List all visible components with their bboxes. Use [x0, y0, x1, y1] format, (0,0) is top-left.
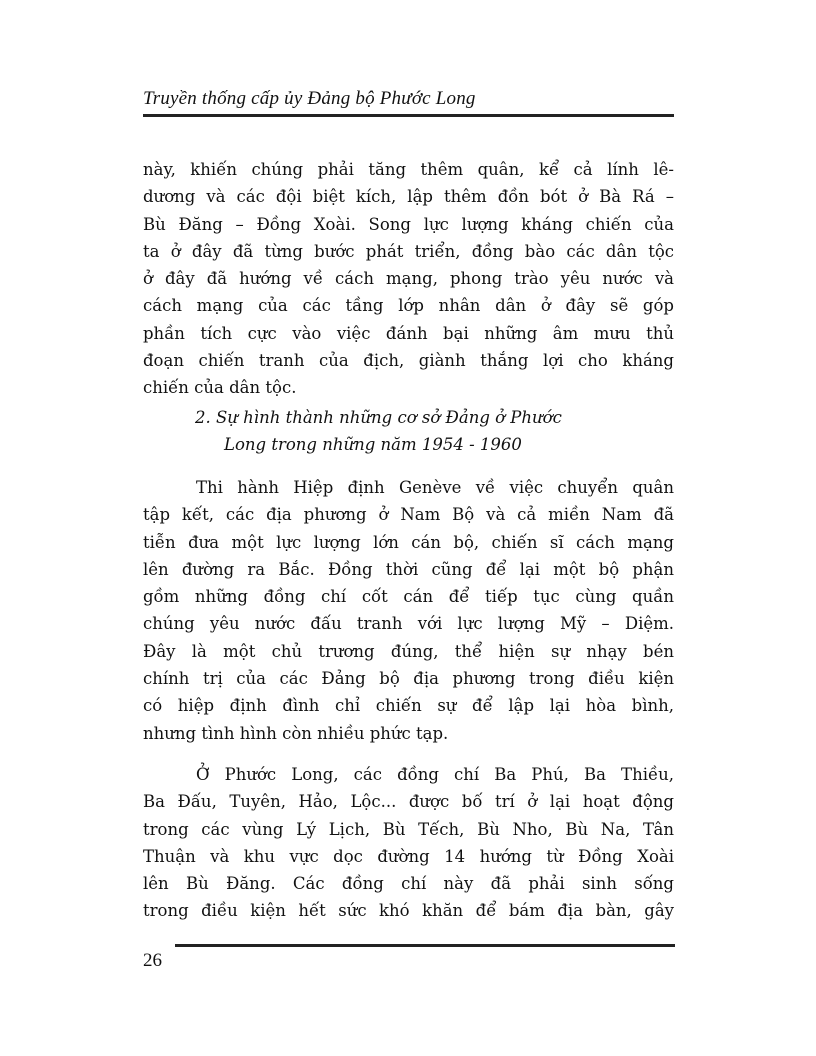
- text-line: này, khiến chúng phải tăng thêm quân, kể…: [143, 156, 674, 183]
- text-line: cách mạng của các tầng lớp nhân dân ở đâ…: [143, 292, 674, 319]
- text-line: Ba Đấu, Tuyên, Hảo, Lộc... được bố trí ở…: [143, 788, 674, 815]
- text-line: gồm những đồng chí cốt cán để tiếp tục c…: [143, 583, 674, 610]
- text-line: Thi hành Hiệp định Genève về việc chuyển…: [143, 474, 674, 501]
- text-line: tập kết, các địa phương ở Nam Bộ và cả m…: [143, 501, 674, 528]
- text-line: ta ở đây đã từng bước phát triển, đồng b…: [143, 238, 674, 265]
- text-line: ở đây đã hướng về cách mạng, phong trào …: [143, 265, 674, 292]
- running-header: Truyền thống cấp ủy Đảng bộ Phước Long: [143, 88, 674, 117]
- text-line: Bù Đăng – Đồng Xoài. Song lực lượng khán…: [143, 211, 674, 238]
- text-line: chiến của dân tộc.: [143, 374, 674, 401]
- text-line: lên Bù Đăng. Các đồng chí này đã phải si…: [143, 870, 674, 897]
- continuation-text: này, khiến chúng phải tăng thêm quân, kể…: [143, 156, 674, 402]
- running-title: Truyền thống cấp ủy Đảng bộ Phước Long: [143, 88, 674, 110]
- text-line: trong điều kiện hết sức khó khăn để bám …: [143, 897, 674, 924]
- section-heading-line-2: Long trong những năm 1954 - 1960: [195, 431, 675, 458]
- text-line: Đây là một chủ trương đúng, thể hiện sự …: [143, 638, 674, 665]
- text-line: dương và các đội biệt kích, lập thêm đồn…: [143, 183, 674, 210]
- text-line: trong các vùng Lý Lịch, Bù Tếch, Bù Nho,…: [143, 816, 674, 843]
- text-line: chính trị của các Đảng bộ địa phương tro…: [143, 665, 674, 692]
- text-line: lên đường ra Bắc. Đồng thời cũng để lại …: [143, 556, 674, 583]
- text-line: Thuận và khu vực dọc đường 14 hướng từ Đ…: [143, 843, 674, 870]
- footer-rule: [175, 944, 675, 947]
- paragraph: Ở Phước Long, các đồng chí Ba Phú, Ba Th…: [143, 761, 674, 925]
- text-line: đoạn chiến tranh của địch, giành thắng l…: [143, 347, 674, 374]
- section-heading-line-1: 2. Sự hình thành những cơ sở Đảng ở Phướ…: [195, 404, 675, 431]
- text-line: chúng yêu nước đấu tranh với lực lượng M…: [143, 610, 674, 637]
- paragraph: Thi hành Hiệp định Genève về việc chuyển…: [143, 474, 674, 747]
- text-line: có hiệp định đình chỉ chiến sự để lập lạ…: [143, 692, 674, 719]
- text-line: tiễn đưa một lực lượng lớn cán bộ, chiến…: [143, 529, 674, 556]
- page-number: 26: [143, 950, 162, 972]
- text-line: phần tích cực vào việc đánh bại những âm…: [143, 320, 674, 347]
- text-line: nhưng tình hình còn nhiều phức tạp.: [143, 720, 674, 747]
- text-line: Ở Phước Long, các đồng chí Ba Phú, Ba Th…: [143, 761, 674, 788]
- section-body: Thi hành Hiệp định Genève về việc chuyển…: [143, 474, 674, 939]
- section-heading: 2. Sự hình thành những cơ sở Đảng ở Phướ…: [195, 404, 675, 458]
- header-rule: [143, 114, 674, 117]
